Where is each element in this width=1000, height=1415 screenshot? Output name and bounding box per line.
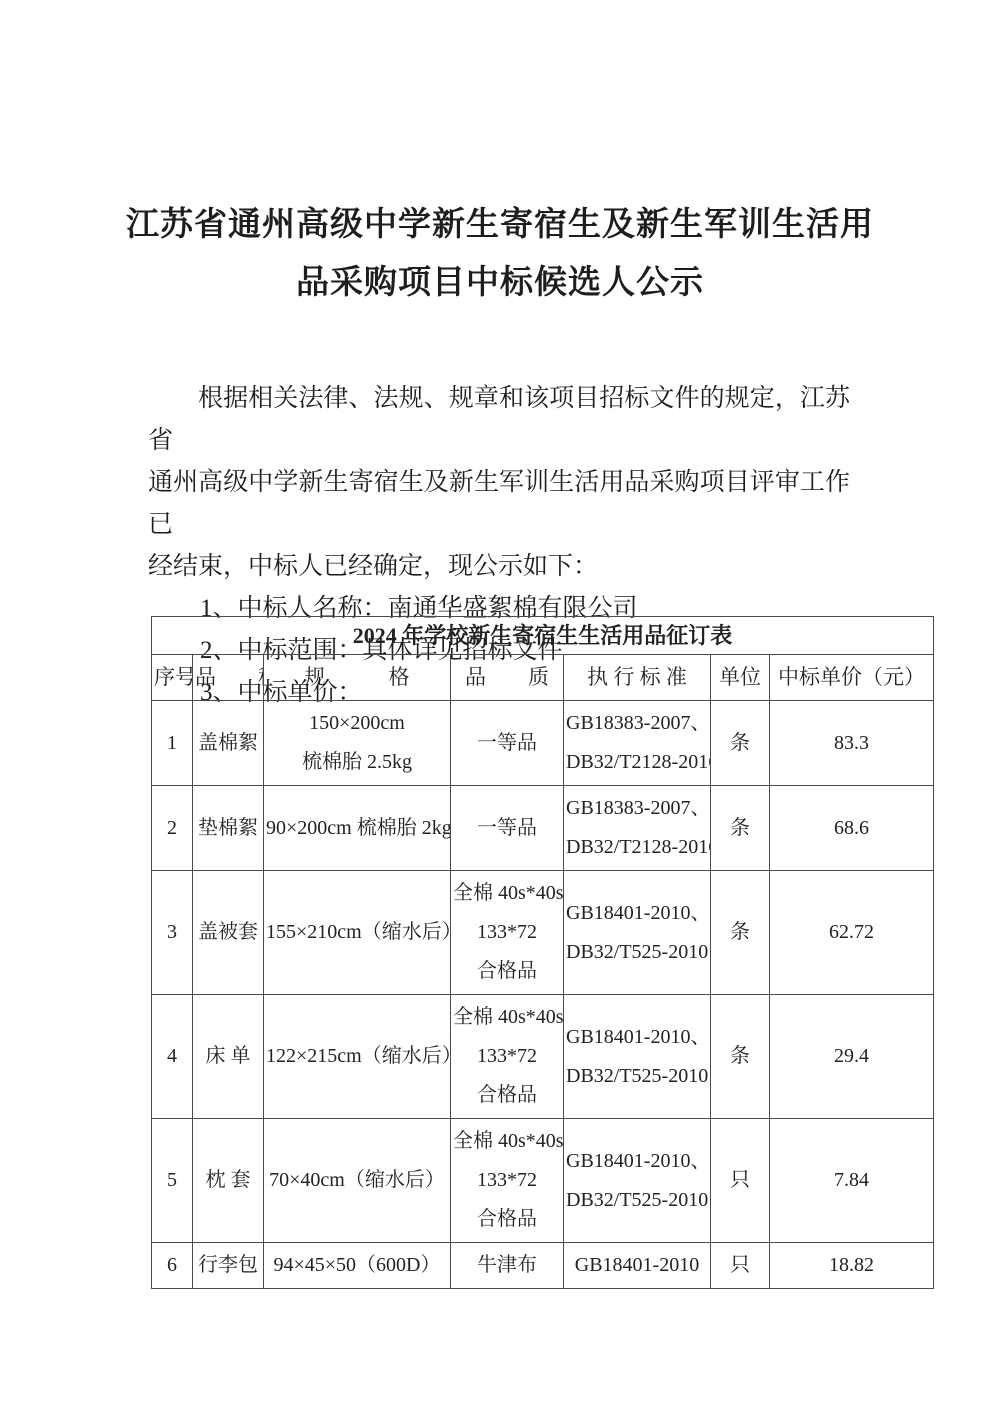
column-header-item: 品 种 [193,655,264,701]
cell-line: 122×215cm（缩水后） [266,1037,448,1076]
cell-standard: GB18383-2007、DB32/T2128-2016 [564,701,711,786]
cell-line: 床 单 [195,1037,261,1076]
cell-line: 90×200cm 梳棉胎 2kg [266,809,448,848]
cell-line: 29.4 [772,1037,931,1076]
cell-quality: 一等品 [451,786,564,871]
intro-paragraph: 根据相关法律、法规、规章和该项目招标文件的规定，江苏省 通州高级中学新生寄宿生及… [148,378,850,588]
cell-line: 4 [154,1037,190,1076]
cell-spec: 150×200cm梳棉胎 2.5kg [264,701,451,786]
cell-line: 行李包 [195,1246,261,1285]
cell-item: 盖被套 [193,871,264,995]
cell-line: 合格品 [453,1200,561,1239]
document-title-line2: 品采购项目中标候选人公示 [0,254,1000,312]
cell-line: 7.84 [772,1161,931,1200]
cell-line: 1 [154,724,190,763]
cell-item: 垫棉絮 [193,786,264,871]
cell-standard: GB18401-2010、DB32/T525-2010 [564,871,711,995]
table-row: 6行李包94×45×50（600D）牛津布GB18401-2010只18.82 [152,1243,934,1289]
cell-standard: GB18401-2010、DB32/T525-2010 [564,995,711,1119]
table-row: 4床 单122×215cm（缩水后）全棉 40s*40s133*72合格品GB1… [152,995,934,1119]
cell-no: 4 [152,995,193,1119]
cell-line: 条 [713,724,767,763]
cell-line: GB18401-2010、 [566,1018,708,1057]
cell-line: DB32/T525-2010 [566,1181,708,1220]
cell-line: 5 [154,1161,190,1200]
cell-line: 全棉 40s*40s [453,1122,561,1161]
cell-line: 条 [713,913,767,952]
paragraph-line: 根据相关法律、法规、规章和该项目招标文件的规定，江苏省 [148,378,850,462]
cell-quality: 全棉 40s*40s133*72合格品 [451,1119,564,1243]
cell-spec: 155×210cm（缩水后） [264,871,451,995]
cell-line: 62.72 [772,913,931,952]
cell-line: 18.82 [772,1246,931,1285]
cell-line: 一等品 [453,724,561,763]
cell-line: 盖被套 [195,913,261,952]
price-table: 2024 年学校新生寄宿生生活用品征订表 序号 品 种 规 格 品 质 执 行 … [151,616,934,1289]
cell-line: 6 [154,1246,190,1285]
cell-spec: 94×45×50（600D） [264,1243,451,1289]
cell-no: 1 [152,701,193,786]
cell-price: 62.72 [770,871,934,995]
cell-unit: 只 [711,1243,770,1289]
cell-quality: 全棉 40s*40s133*72合格品 [451,871,564,995]
cell-line: GB18401-2010 [566,1246,708,1285]
cell-no: 6 [152,1243,193,1289]
paragraph-line: 通州高级中学新生寄宿生及新生军训生活用品采购项目评审工作已 [148,462,850,546]
cell-quality: 牛津布 [451,1243,564,1289]
column-header-spec: 规 格 [264,655,451,701]
cell-line: 全棉 40s*40s [453,874,561,913]
cell-line: DB32/T2128-2016 [566,828,708,867]
cell-line: 3 [154,913,190,952]
cell-line: 155×210cm（缩水后） [266,913,448,952]
column-header-price: 中标单价（元） [770,655,934,701]
cell-unit: 条 [711,995,770,1119]
cell-price: 7.84 [770,1119,934,1243]
cell-price: 18.82 [770,1243,934,1289]
cell-spec: 122×215cm（缩水后） [264,995,451,1119]
cell-line: 133*72 [453,1161,561,1200]
cell-line: 150×200cm [266,704,448,743]
cell-line: 垫棉絮 [195,809,261,848]
cell-line: 盖棉絮 [195,724,261,763]
cell-price: 29.4 [770,995,934,1119]
cell-line: 全棉 40s*40s [453,998,561,1037]
column-header-standard: 执 行 标 准 [564,655,711,701]
cell-standard: GB18383-2007、DB32/T2128-2016 [564,786,711,871]
table-caption-row: 2024 年学校新生寄宿生生活用品征订表 [152,617,934,655]
cell-unit: 只 [711,1119,770,1243]
cell-line: 只 [713,1246,767,1285]
cell-unit: 条 [711,871,770,995]
cell-line: 合格品 [453,952,561,991]
cell-line: 一等品 [453,809,561,848]
cell-unit: 条 [711,786,770,871]
cell-quality: 一等品 [451,701,564,786]
cell-no: 2 [152,786,193,871]
cell-spec: 90×200cm 梳棉胎 2kg [264,786,451,871]
table-row: 5枕 套70×40cm（缩水后）全棉 40s*40s133*72合格品GB184… [152,1119,934,1243]
cell-no: 5 [152,1119,193,1243]
cell-quality: 全棉 40s*40s133*72合格品 [451,995,564,1119]
cell-line: GB18383-2007、 [566,789,708,828]
cell-item: 床 单 [193,995,264,1119]
cell-line: 133*72 [453,913,561,952]
cell-line: GB18401-2010、 [566,1142,708,1181]
cell-line: 68.6 [772,809,931,848]
column-header-quality: 品 质 [451,655,564,701]
cell-line: 条 [713,809,767,848]
cell-line: 2 [154,809,190,848]
cell-line: GB18401-2010、 [566,894,708,933]
cell-line: GB18383-2007、 [566,704,708,743]
cell-line: 枕 套 [195,1161,261,1200]
column-header-unit: 单位 [711,655,770,701]
cell-item: 枕 套 [193,1119,264,1243]
cell-price: 83.3 [770,701,934,786]
cell-item: 盖棉絮 [193,701,264,786]
document-page: 江苏省通州高级中学新生寄宿生及新生军训生活用 品采购项目中标候选人公示 根据相关… [0,0,1000,1415]
cell-price: 68.6 [770,786,934,871]
document-title: 江苏省通州高级中学新生寄宿生及新生军训生活用 品采购项目中标候选人公示 [0,196,1000,312]
table-row: 2垫棉絮90×200cm 梳棉胎 2kg一等品GB18383-2007、DB32… [152,786,934,871]
document-title-line1: 江苏省通州高级中学新生寄宿生及新生军训生活用 [0,196,1000,254]
table-body: 1盖棉絮150×200cm梳棉胎 2.5kg一等品GB18383-2007、DB… [152,701,934,1289]
table-row: 1盖棉絮150×200cm梳棉胎 2.5kg一等品GB18383-2007、DB… [152,701,934,786]
table-row: 3盖被套155×210cm（缩水后）全棉 40s*40s133*72合格品GB1… [152,871,934,995]
cell-line: DB32/T525-2010 [566,933,708,972]
cell-item: 行李包 [193,1243,264,1289]
cell-line: 牛津布 [453,1246,561,1285]
cell-line: 94×45×50（600D） [266,1246,448,1285]
cell-line: 梳棉胎 2.5kg [266,743,448,782]
cell-line: 合格品 [453,1076,561,1115]
cell-line: 70×40cm（缩水后） [266,1161,448,1200]
cell-spec: 70×40cm（缩水后） [264,1119,451,1243]
table-header-row: 序号 品 种 规 格 品 质 执 行 标 准 单位 中标单价（元） [152,655,934,701]
cell-line: DB32/T2128-2016 [566,743,708,782]
cell-line: DB32/T525-2010 [566,1057,708,1096]
cell-no: 3 [152,871,193,995]
cell-line: 只 [713,1161,767,1200]
table-caption: 2024 年学校新生寄宿生生活用品征订表 [152,617,934,655]
cell-line: 条 [713,1037,767,1076]
cell-line: 83.3 [772,724,931,763]
paragraph-line: 经结束，中标人已经确定，现公示如下： [148,546,850,588]
cell-line: 133*72 [453,1037,561,1076]
cell-standard: GB18401-2010 [564,1243,711,1289]
cell-unit: 条 [711,701,770,786]
cell-standard: GB18401-2010、DB32/T525-2010 [564,1119,711,1243]
column-header-no: 序号 [152,655,193,701]
